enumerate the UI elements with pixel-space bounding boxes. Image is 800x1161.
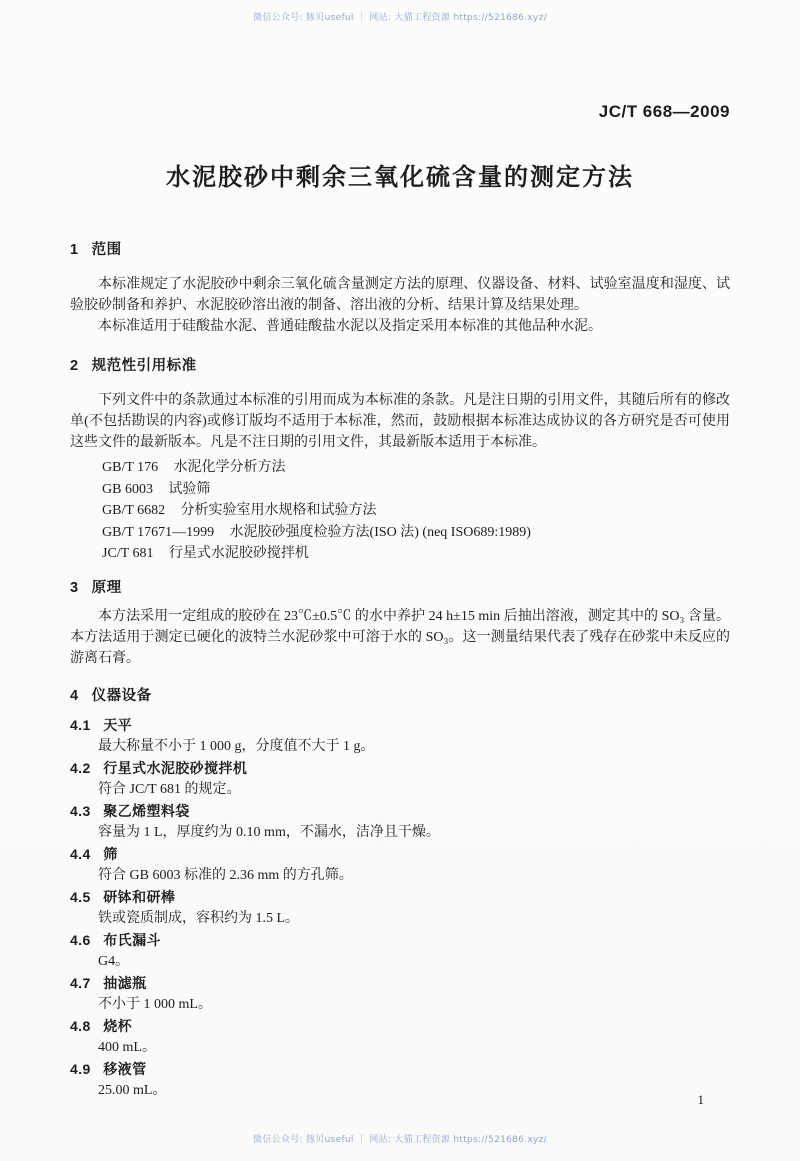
- section-scope: 1范围 本标准规定了水泥胶砂中剩余三氧化硫含量测定方法的原理、仪器设备、材料、试…: [70, 240, 730, 337]
- section-heading-scope: 1范围: [70, 240, 730, 260]
- equipment-description: 400 mL。: [70, 1037, 730, 1059]
- equipment-number: 4.8: [70, 1018, 91, 1034]
- equipment-description: 容量为 1 L，厚度约为 0.10 mm，不漏水，洁净且干燥。: [70, 822, 730, 844]
- equipment-number: 4.5: [70, 889, 91, 905]
- section-apparatus: 4仪器设备 4.1天平最大称量不小于 1 000 g，分度值不大于 1 g。4.…: [70, 686, 730, 1102]
- equipment-name: 行星式水泥胶砂搅拌机: [103, 760, 247, 776]
- watermark-bottom: 微信公众号: 豚贝useful ｜ 网站: 大猫工程资源 https://521…: [0, 1132, 800, 1145]
- equipment-heading: 4.3聚乙烯塑料袋: [70, 801, 730, 823]
- section-normative-references: 2规范性引用标准 下列文件中的条款通过本标准的引用而成为本标准的条款。凡是注日期…: [70, 356, 730, 565]
- reference-item: GB 6003试验筛: [102, 479, 730, 501]
- equipment-number: 4.9: [70, 1061, 91, 1077]
- document-content: JC/T 668—2009 水泥胶砂中剩余三氧化硫含量的测定方法 1范围 本标准…: [0, 0, 800, 1102]
- reference-item: GB/T 17671—1999水泥胶砂强度检验方法(ISO 法) (neq IS…: [102, 522, 730, 544]
- section-title: 原理: [92, 580, 122, 596]
- section-number: 2: [70, 358, 79, 374]
- references-list: GB/T 176水泥化学分析方法GB 6003试验筛GB/T 6682分析实验室…: [70, 457, 730, 565]
- reference-item: JC/T 681行星式水泥胶砂搅拌机: [102, 543, 730, 565]
- section-heading-principle: 3原理: [70, 578, 730, 598]
- section-number: 4: [70, 688, 79, 704]
- section-heading-references: 2规范性引用标准: [70, 356, 730, 376]
- equipment-name: 布氏漏斗: [103, 932, 161, 948]
- equipment-heading: 4.1天平: [70, 715, 730, 737]
- paragraph: 本标准适用于硅酸盐水泥、普通硅酸盐水泥以及指定采用本标准的其他品种水泥。: [70, 316, 730, 337]
- section-title: 仪器设备: [92, 688, 152, 704]
- section-number: 3: [70, 580, 79, 596]
- document-title: 水泥胶砂中剩余三氧化硫含量的测定方法: [70, 162, 730, 194]
- section-title: 范围: [92, 242, 122, 258]
- document-page: 微信公众号: 豚贝useful ｜ 网站: 大猫工程资源 https://521…: [0, 0, 800, 1161]
- reference-code: GB/T 176: [102, 460, 158, 475]
- reference-title: 水泥化学分析方法: [174, 460, 286, 475]
- equipment-name: 抽滤瓶: [103, 975, 146, 991]
- paragraph: 下列文件中的条款通过本标准的引用而成为本标准的条款。凡是注日期的引用文件，其随后…: [70, 390, 730, 453]
- reference-code: JC/T 681: [102, 546, 153, 561]
- reference-title: 试验筛: [168, 482, 210, 497]
- scope-paragraphs: 本标准规定了水泥胶砂中剩余三氧化硫含量测定方法的原理、仪器设备、材料、试验室温度…: [70, 274, 730, 337]
- section-number: 1: [70, 242, 79, 258]
- equipment-number: 4.4: [70, 846, 91, 862]
- reference-item: GB/T 176水泥化学分析方法: [102, 457, 730, 479]
- page-number: 1: [698, 1092, 705, 1108]
- watermark-top: 微信公众号: 豚贝useful ｜ 网站: 大猫工程资源 https://521…: [0, 10, 800, 23]
- equipment-name: 天平: [103, 717, 132, 733]
- equipment-description: 铁或瓷质制成，容积约为 1.5 L。: [70, 908, 730, 930]
- equipment-description: 符合 GB 6003 标准的 2.36 mm 的方孔筛。: [70, 865, 730, 887]
- equipment-heading: 4.6布氏漏斗: [70, 930, 730, 952]
- reference-code: GB 6003: [102, 482, 153, 497]
- reference-title: 分析实验室用水规格和试验方法: [181, 503, 377, 518]
- paragraph: 本方法采用一定组成的胶砂在 23℃±0.5℃ 的水中养护 24 h±15 min…: [70, 606, 730, 669]
- equipment-name: 聚乙烯塑料袋: [103, 803, 189, 819]
- equipment-list: 4.1天平最大称量不小于 1 000 g，分度值不大于 1 g。4.2行星式水泥…: [70, 715, 730, 1102]
- equipment-heading: 4.4筛: [70, 844, 730, 866]
- reference-item: GB/T 6682分析实验室用水规格和试验方法: [102, 500, 730, 522]
- equipment-number: 4.1: [70, 717, 91, 733]
- equipment-heading: 4.8烧杯: [70, 1016, 730, 1038]
- reference-code: GB/T 6682: [102, 503, 165, 518]
- equipment-name: 移液管: [103, 1061, 146, 1077]
- equipment-heading: 4.2行星式水泥胶砂搅拌机: [70, 758, 730, 780]
- equipment-heading: 4.9移液管: [70, 1059, 730, 1081]
- reference-code: GB/T 17671—1999: [102, 525, 214, 540]
- equipment-heading: 4.5研钵和研棒: [70, 887, 730, 909]
- equipment-name: 筛: [103, 846, 117, 862]
- references-paragraphs: 下列文件中的条款通过本标准的引用而成为本标准的条款。凡是注日期的引用文件，其随后…: [70, 390, 730, 453]
- reference-title: 行星式水泥胶砂搅拌机: [169, 546, 309, 561]
- equipment-number: 4.3: [70, 803, 91, 819]
- equipment-description: 不小于 1 000 mL。: [70, 994, 730, 1016]
- section-principle: 3原理 本方法采用一定组成的胶砂在 23℃±0.5℃ 的水中养护 24 h±15…: [70, 578, 730, 669]
- equipment-name: 烧杯: [103, 1018, 132, 1034]
- equipment-description: 25.00 mL。: [70, 1080, 730, 1102]
- equipment-number: 4.7: [70, 975, 91, 991]
- section-heading-apparatus: 4仪器设备: [70, 686, 730, 706]
- reference-title: 水泥胶砂强度检验方法(ISO 法) (neq ISO689:1989): [230, 525, 531, 540]
- equipment-number: 4.2: [70, 760, 91, 776]
- equipment-description: 最大称量不小于 1 000 g，分度值不大于 1 g。: [70, 736, 730, 758]
- section-title: 规范性引用标准: [92, 358, 197, 374]
- paragraph: 本标准规定了水泥胶砂中剩余三氧化硫含量测定方法的原理、仪器设备、材料、试验室温度…: [70, 274, 730, 316]
- equipment-name: 研钵和研棒: [103, 889, 175, 905]
- equipment-heading: 4.7抽滤瓶: [70, 973, 730, 995]
- equipment-description: 符合 JC/T 681 的规定。: [70, 779, 730, 801]
- equipment-number: 4.6: [70, 932, 91, 948]
- equipment-description: G4。: [70, 951, 730, 973]
- principle-paragraphs: 本方法采用一定组成的胶砂在 23℃±0.5℃ 的水中养护 24 h±15 min…: [70, 606, 730, 669]
